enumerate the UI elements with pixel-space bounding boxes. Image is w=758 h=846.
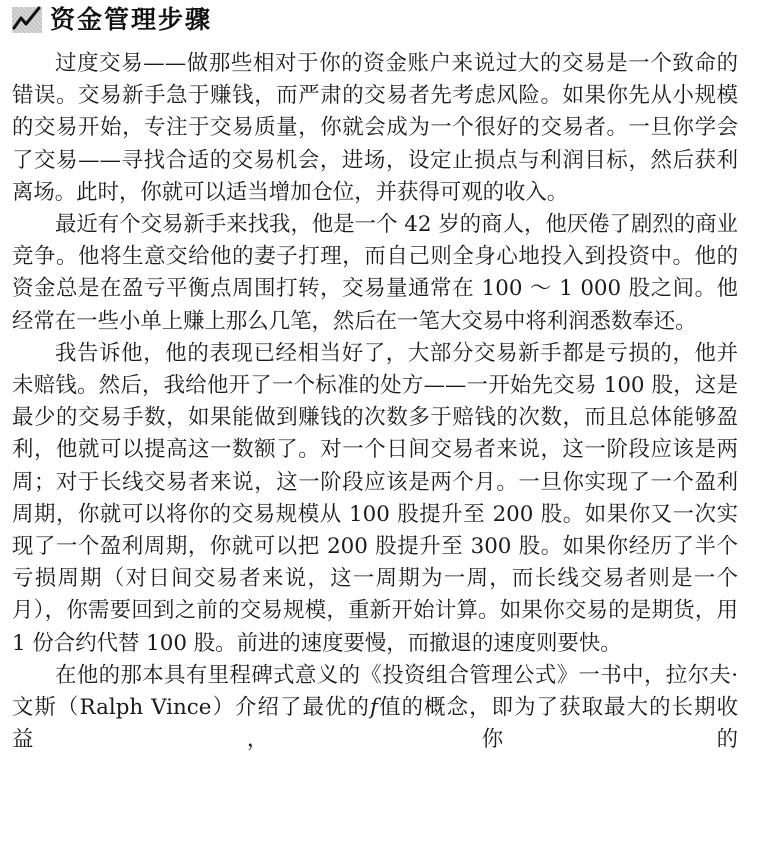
section-heading: 资金管理步骤 xyxy=(12,4,212,36)
optimal-f-symbol: f xyxy=(370,695,378,720)
trend-chart-icon xyxy=(12,7,42,33)
paragraph-prescription: 我告诉他，他的表现已经相当好了，大部分交易新手都是亏损的，他并未赔钱。然后，我给… xyxy=(12,338,738,660)
paragraph-optimal-f: 在他的那本具有里程碑式意义的《投资组合管理公式》一书中，拉尔夫·文斯（Ralph… xyxy=(12,660,738,757)
paragraph-novice-trader: 最近有个交易新手来找我，他是一个 42 岁的商人，他厌倦了剧烈的商业竞争。他将生… xyxy=(12,209,738,338)
section-title: 资金管理步骤 xyxy=(50,4,212,36)
paragraph-overtrading: 过度交易——做那些相对于你的资金账户来说过大的交易是一个致命的错误。交易新手急于… xyxy=(12,48,738,209)
book-page: 资金管理步骤 过度交易——做那些相对于你的资金账户来说过大的交易是一个致命的错误… xyxy=(0,0,758,846)
body-text: 过度交易——做那些相对于你的资金账户来说过大的交易是一个致命的错误。交易新手急于… xyxy=(12,48,738,756)
